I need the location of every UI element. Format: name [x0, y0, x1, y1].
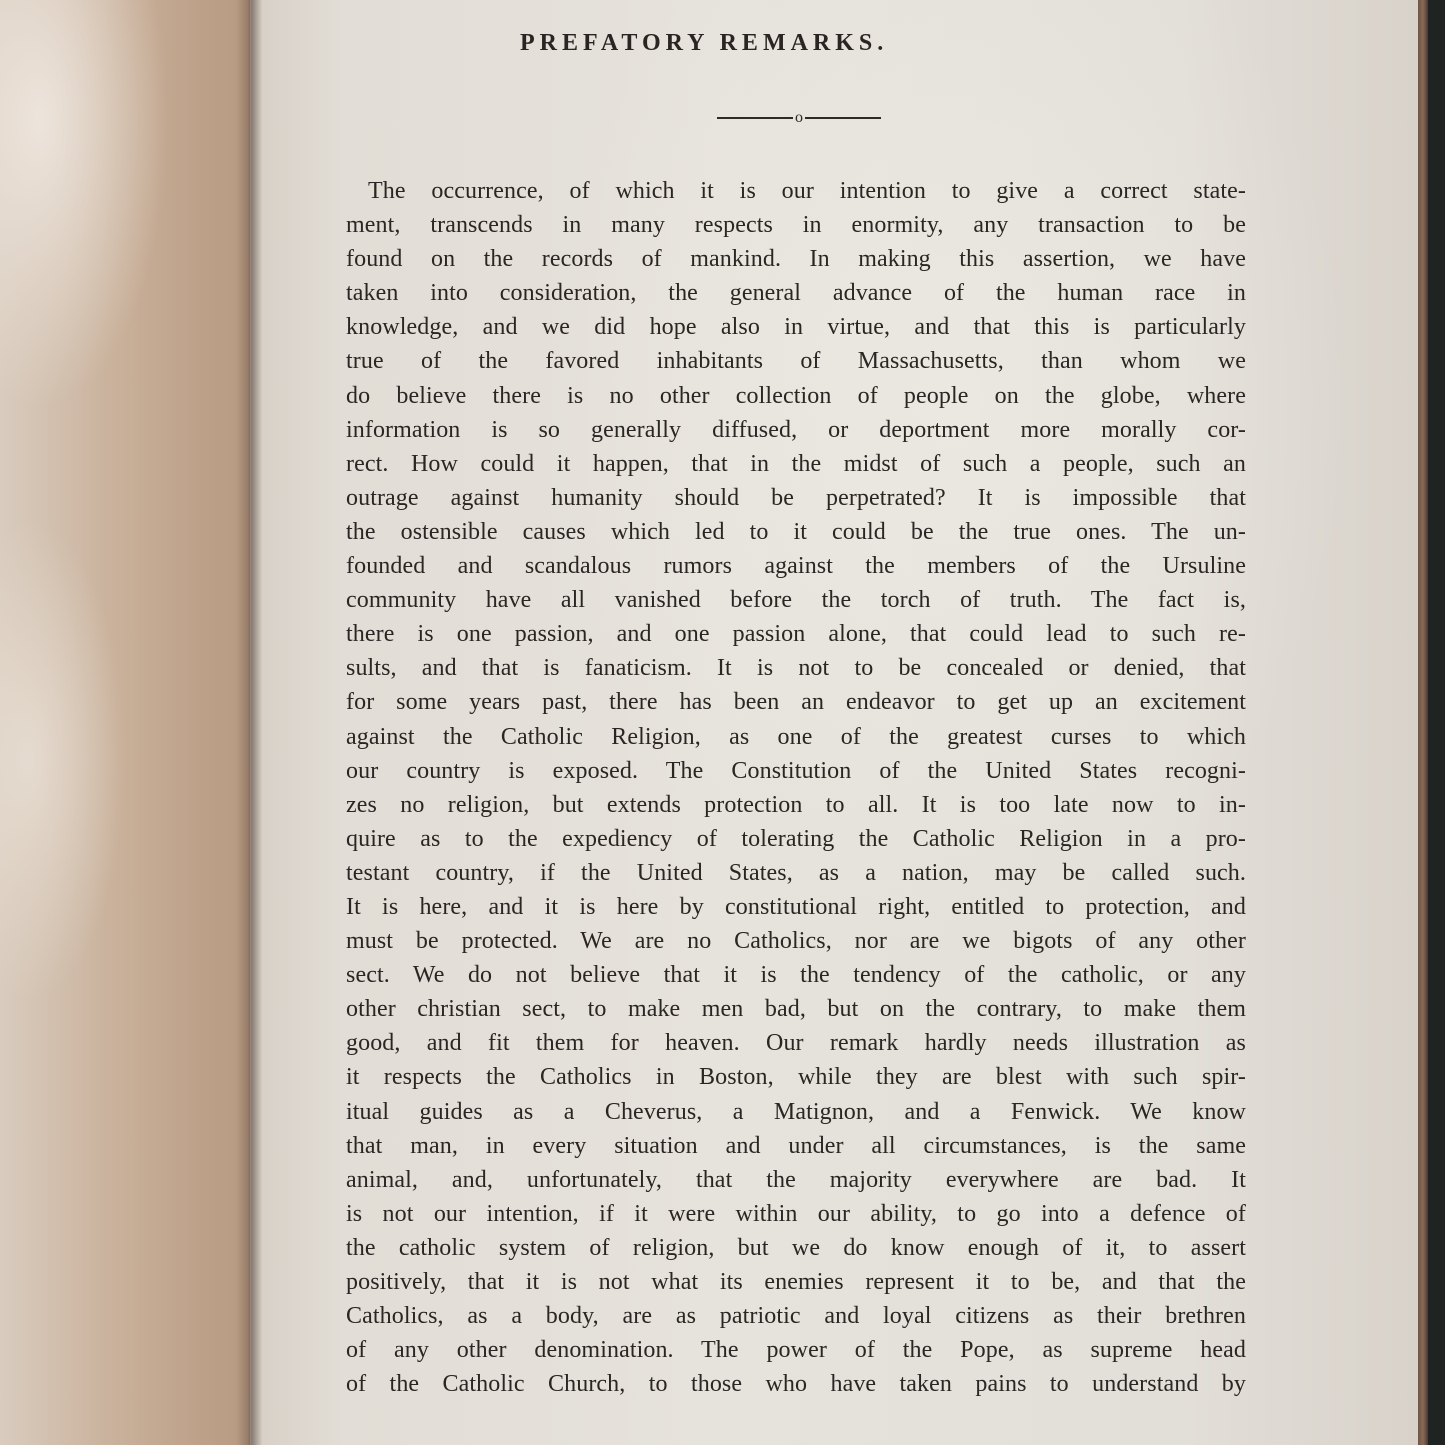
text-line: sults, and that is fanaticism. It is not…	[346, 651, 1246, 685]
rule-right	[805, 117, 881, 119]
text-line: positively, that it is not what its enem…	[346, 1265, 1246, 1299]
text-line: founded and scandalous rumors against th…	[346, 549, 1246, 583]
ornamental-rule: o	[717, 108, 881, 128]
text-line: animal, and, unfortunately, that the maj…	[346, 1163, 1246, 1197]
text-line: taken into consideration, the general ad…	[346, 276, 1246, 310]
text-line: is not our intention, if it were within …	[346, 1197, 1246, 1231]
left-page	[0, 0, 255, 1445]
text-line: ment, transcends in many respects in eno…	[346, 208, 1246, 242]
background-surface	[1428, 0, 1445, 1445]
text-line: knowledge, and we did hope also in virtu…	[346, 310, 1246, 344]
ornament-circle-icon: o	[793, 110, 805, 126]
body-paragraph: The occurrence, of which it is our inten…	[346, 174, 1246, 1401]
text-line: for some years past, there has been an e…	[346, 685, 1246, 719]
text-line: of any other denomination. The power of …	[346, 1333, 1246, 1367]
text-line: the ostensible causes which led to it co…	[346, 515, 1246, 549]
text-line: must be protected. We are no Catholics, …	[346, 924, 1246, 958]
text-line: testant country, if the United States, a…	[346, 856, 1246, 890]
text-line: do believe there is no other collection …	[346, 379, 1246, 413]
text-line: against the Catholic Religion, as one of…	[346, 720, 1246, 754]
page-heading: PREFATORY REMARKS.	[520, 30, 1080, 57]
book-gutter	[236, 0, 262, 1445]
text-line: rect. How could it happen, that in the m…	[346, 447, 1246, 481]
text-line: the catholic system of religion, but we …	[346, 1231, 1246, 1265]
book-photo: PREFATORY REMARKS. o The occurrence, of …	[0, 0, 1445, 1445]
rule-left	[717, 117, 793, 119]
page-edge	[1418, 0, 1428, 1445]
text-line: that man, in every situation and under a…	[346, 1129, 1246, 1163]
text-line: information is so generally diffused, or…	[346, 413, 1246, 447]
text-line: Catholics, as a body, are as patriotic a…	[346, 1299, 1246, 1333]
text-line: It is here, and it is here by constituti…	[346, 890, 1246, 924]
text-line: sect. We do not believe that it is the t…	[346, 958, 1246, 992]
text-line: true of the favored inhabitants of Massa…	[346, 344, 1246, 378]
text-line: itual guides as a Cheverus, a Matignon, …	[346, 1095, 1246, 1129]
text-line: of the Catholic Church, to those who hav…	[346, 1367, 1246, 1401]
text-line: there is one passion, and one passion al…	[346, 617, 1246, 651]
text-line: found on the records of mankind. In maki…	[346, 242, 1246, 276]
text-line: quire as to the expediency of tolerating…	[346, 822, 1246, 856]
text-line: The occurrence, of which it is our inten…	[346, 174, 1246, 208]
text-line: good, and fit them for heaven. Our remar…	[346, 1026, 1246, 1060]
text-line: other christian sect, to make men bad, b…	[346, 992, 1246, 1026]
text-line: our country is exposed. The Constitution…	[346, 754, 1246, 788]
text-line: zes no religion, but extends protection …	[346, 788, 1246, 822]
text-line: it respects the Catholics in Boston, whi…	[346, 1060, 1246, 1094]
text-line: outrage against humanity should be perpe…	[346, 481, 1246, 515]
text-line: community have all vanished before the t…	[346, 583, 1246, 617]
